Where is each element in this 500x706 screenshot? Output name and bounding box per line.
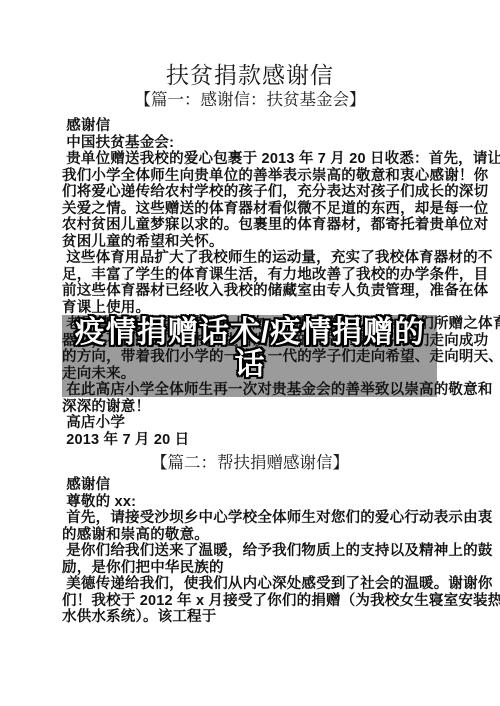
text-line: 感谢信 bbox=[62, 118, 494, 135]
text-line: 励，是你们把中华民族的 bbox=[62, 560, 494, 577]
text-line: 在此高店小学全体师生再一次对贵基金会的善举致以崇高的敬意和 bbox=[62, 382, 494, 399]
text-line: 水供水系统）。该工程于 bbox=[62, 609, 494, 626]
watermark-text: 疫情捐赠话术/疫情捐赠的 话 bbox=[0, 317, 500, 381]
text-line: 2013 年 7 月 20 日 bbox=[62, 432, 494, 449]
text-line: 高店小学 bbox=[62, 415, 494, 432]
text-line: 美德传递给我们，使我们从内心深处感受到了社会的温暖。谢谢你 bbox=[62, 576, 494, 593]
text-line: 前这些体育器材已经收入我校的储藏室由专人负责管理，准备在体 bbox=[62, 283, 494, 300]
section-heading-1: 【篇一：感谢信：扶贫基金会】 bbox=[0, 86, 500, 110]
text-line: 育课上使用。 bbox=[62, 300, 494, 317]
letter-2-body: 感谢信 尊敬的 xx: 首先，请接受沙坝乡中心学校全体师生对您们的爱心行动表示由… bbox=[62, 477, 494, 626]
document-page: 扶贫捐款感谢信 【篇一：感谢信：扶贫基金会】 感谢信 中国扶贫基金会: 贵单位赠… bbox=[0, 0, 500, 706]
text-line: 足，丰富了学生的体育课生活，有力地改善了我校的办学条件，目 bbox=[62, 267, 494, 284]
text-line: 贵单位赠送我校的爱心包裹于 2013 年 7 月 20 日收悉：首先，请让 bbox=[62, 151, 494, 168]
letter-1-body: 感谢信 中国扶贫基金会: 贵单位赠送我校的爱心包裹于 2013 年 7 月 20… bbox=[62, 118, 494, 448]
text-line: 关爱之情。这些赠送的体育器材看似微不足道的东西，却是每一位 bbox=[62, 201, 494, 218]
text-line: 农村贫困儿童梦寐以求的。包裹里的体育器材，都寄托着贵单位对 bbox=[62, 217, 494, 234]
section-heading-2: 【篇二：帮扶捐赠感谢信】 bbox=[0, 449, 500, 473]
text-line: 我们小学全体师生向贵单位的善举表示崇高的敬意和衷心感谢！你 bbox=[62, 168, 494, 185]
text-line: 贫困儿童的希望和关怀。 bbox=[62, 234, 494, 251]
text-line: 是你们给我们送来了温暖，给予我们物质上的支持以及精神上的鼓 bbox=[62, 543, 494, 560]
text-line: 首先，请接受沙坝乡中心学校全体师生对您们的爱心行动表示由衷 bbox=[62, 510, 494, 527]
text-line: 尊敬的 xx: bbox=[62, 494, 494, 511]
text-line: 们将爱心递传给农村学校的孩子们，充分表达对孩子们成长的深切 bbox=[62, 184, 494, 201]
text-line: 这些体育用品扩大了我校师生的运动量，充实了我校体育器材的不 bbox=[62, 250, 494, 267]
text-line: 们！我校于 2012 年 x 月接受了你们的捐赠（为我校女生寝室安装热 bbox=[62, 593, 494, 610]
text-line: 感谢信 bbox=[62, 477, 494, 494]
text-line: 中国扶贫基金会: bbox=[62, 135, 494, 152]
text-line: 深深的谢意！ bbox=[62, 399, 494, 416]
text-line: 的感谢和崇高的敬意。 bbox=[62, 527, 494, 544]
